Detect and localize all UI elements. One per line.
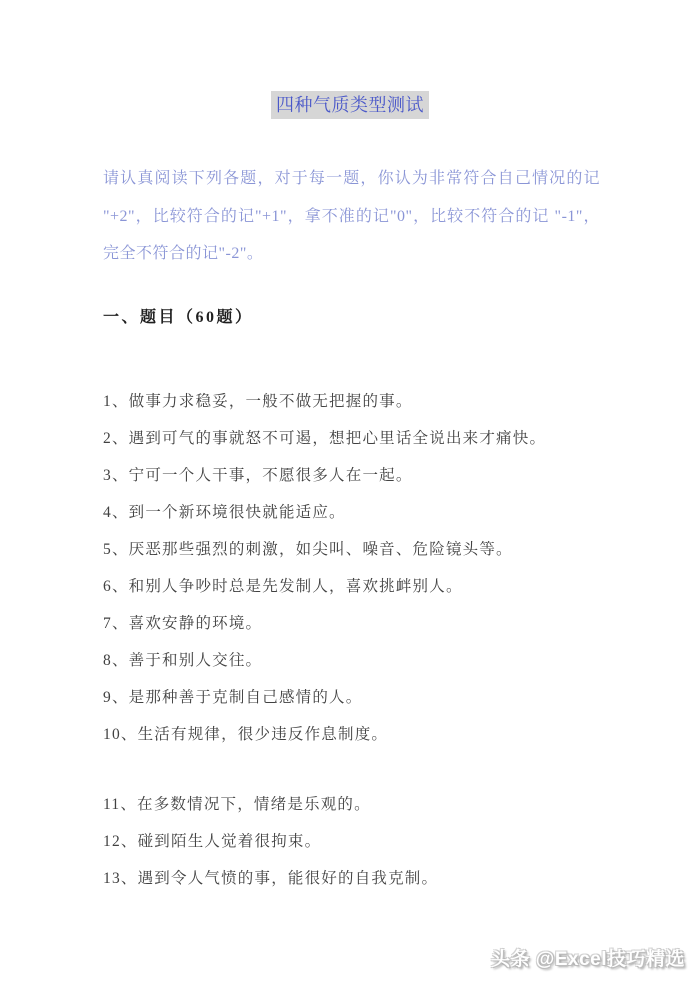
intro-line-2: "+2"，比较符合的记"+1"，拿不准的记"0"，比较不符合的记 "-1"，	[103, 198, 600, 236]
document-title-row: 四种气质类型测试	[0, 91, 700, 119]
document-page: 四种气质类型测试 请认真阅读下列各题，对于每一题，你认为非常符合自己情况的记 "…	[0, 0, 700, 990]
question-item-3: 3、宁可一个人干事，不愿很多人在一起。	[103, 457, 643, 494]
toutiao-watermark: 头条 @Excel技巧精选	[491, 944, 685, 971]
question-item-11: 11、在多数情况下，情绪是乐观的。	[103, 786, 643, 823]
intro-line-1: 请认真阅读下列各题，对于每一题，你认为非常符合自己情况的记	[103, 160, 600, 198]
question-item-10: 10、生活有规律，很少违反作息制度。	[103, 716, 643, 753]
question-item-5: 5、厌恶那些强烈的刺激，如尖叫、噪音、危险镜头等。	[103, 531, 643, 568]
question-item-1: 1、做事力求稳妥，一般不做无把握的事。	[103, 383, 643, 420]
question-list: 1、做事力求稳妥，一般不做无把握的事。 2、遇到可气的事就怒不可遏，想把心里话全…	[103, 383, 643, 897]
question-item-2: 2、遇到可气的事就怒不可遏，想把心里话全说出来才痛快。	[103, 420, 643, 457]
question-item-7: 7、喜欢安静的环境。	[103, 605, 643, 642]
question-item-8: 8、善于和别人交往。	[103, 642, 643, 679]
question-item-4: 4、到一个新环境很快就能适应。	[103, 494, 643, 531]
intro-line-3: 完全不符合的记"-2"。	[103, 235, 600, 273]
question-item-6: 6、和别人争吵时总是先发制人，喜欢挑衅别人。	[103, 568, 643, 605]
document-title: 四种气质类型测试	[271, 91, 429, 119]
question-item-9: 9、是那种善于克制自己感情的人。	[103, 679, 643, 716]
question-item-12: 12、碰到陌生人觉着很拘束。	[103, 823, 643, 860]
section-heading: 一、题目（60题）	[103, 306, 254, 330]
question-item-13: 13、遇到令人气愤的事，能很好的自我克制。	[103, 860, 643, 897]
intro-paragraph: 请认真阅读下列各题，对于每一题，你认为非常符合自己情况的记 "+2"，比较符合的…	[103, 160, 600, 273]
